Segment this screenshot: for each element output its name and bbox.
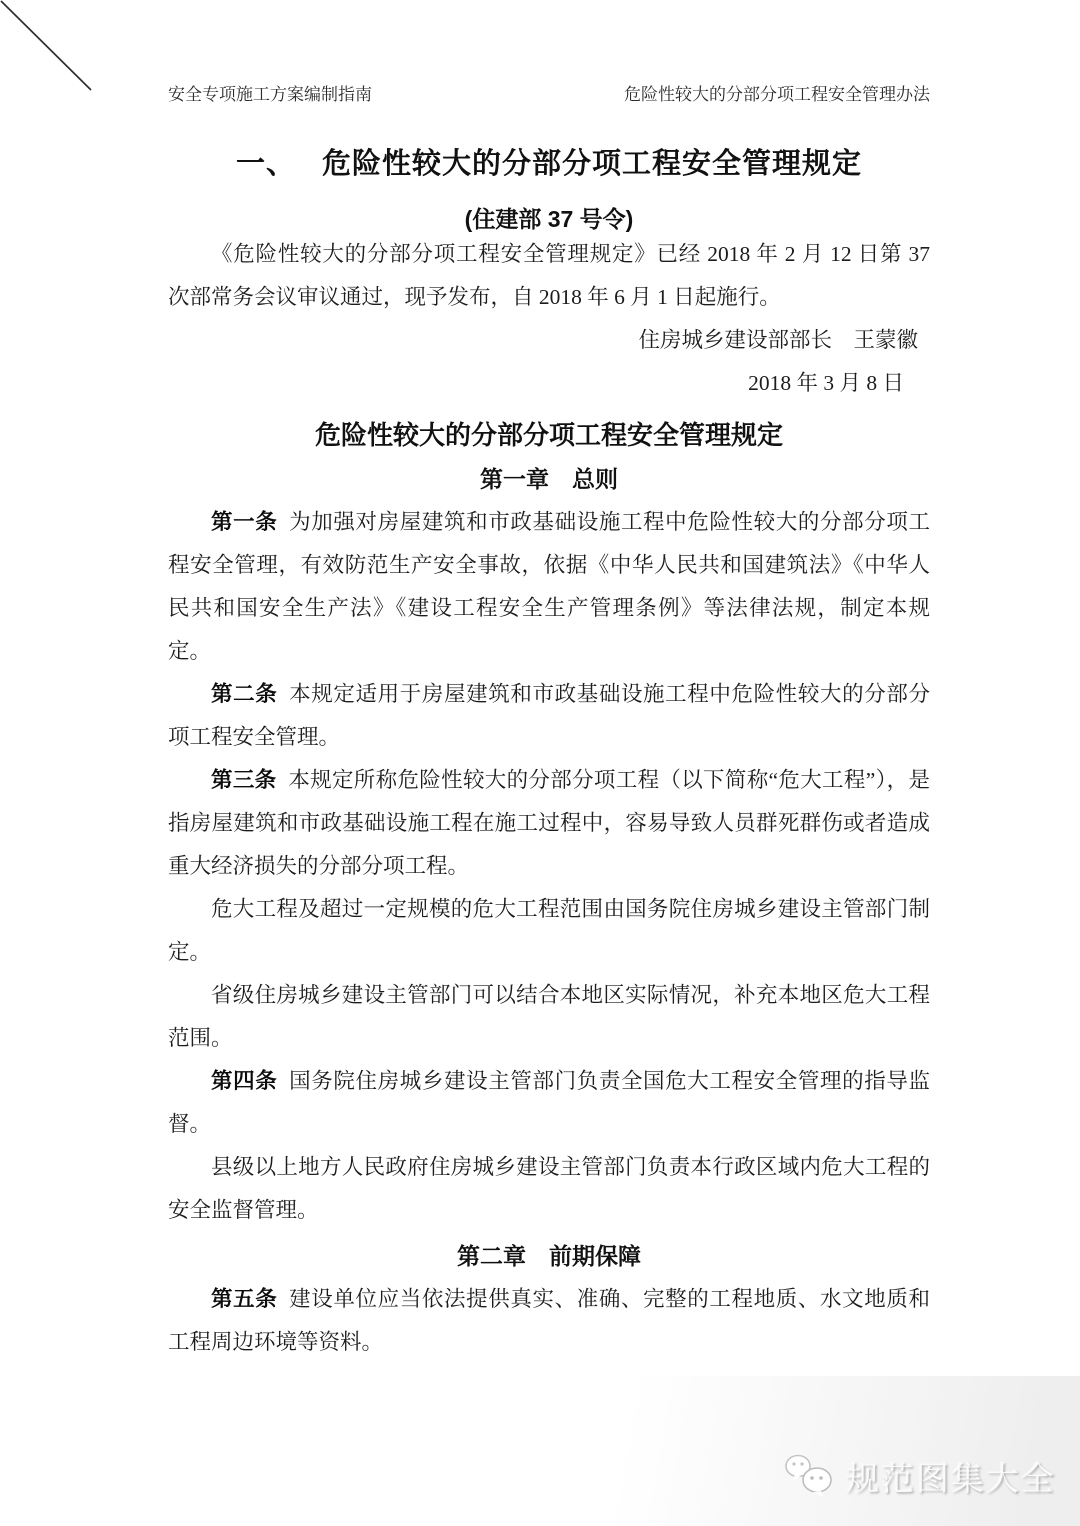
chapter-2-heading: 第二章 前期保障 [168, 1236, 930, 1276]
article-number: 第二条 [211, 682, 277, 706]
article-number: 第五条 [211, 1287, 277, 1311]
article-text: 县级以上地方人民政府住房城乡建设主管部门负责本行政区域内危大工程的安全监督管理。 [168, 1155, 930, 1222]
document-body: 一、危险性较大的分部分项工程安全管理规定 (住建部 37 号令) 《危险性较大的… [168, 147, 930, 1364]
page-header: 安全专项施工方案编制指南 危险性较大的分部分项工程安全管理办法 [0, 0, 1080, 105]
article-number: 第三条 [211, 768, 277, 792]
signature-line: 住房城乡建设部部长 王蒙徽 [168, 319, 930, 362]
date-line: 2018 年 3 月 8 日 [168, 362, 930, 405]
wechat-icon [783, 1452, 837, 1500]
page-header-right: 危险性较大的分部分项工程安全管理办法 [624, 80, 930, 105]
article-paragraph: 县级以上地方人民政府住房城乡建设主管部门负责本行政区域内危大工程的安全监督管理。 [168, 1146, 930, 1232]
article-paragraph: 第一条为加强对房屋建筑和市政基础设施工程中危险性较大的分部分项工程安全管理，有效… [168, 501, 930, 673]
article-paragraph: 省级住房城乡建设主管部门可以结合本地区实际情况，补充本地区危大工程范围。 [168, 974, 930, 1060]
watermark-text: 规范图集大全 [846, 1453, 1056, 1500]
article-text: 本规定适用于房屋建筑和市政基础设施工程中危险性较大的分部分项工程安全管理。 [168, 682, 930, 749]
corner-shade [580, 1376, 1080, 1526]
preamble-paragraph: 《危险性较大的分部分项工程安全管理规定》已经 2018 年 2 月 12 日第 … [168, 233, 930, 319]
article-number: 第一条 [211, 510, 277, 534]
document-title: 一、危险性较大的分部分项工程安全管理规定 [168, 147, 930, 181]
chapter-1-heading: 第一章 总则 [168, 459, 930, 499]
article-paragraph: 第五条建设单位应当依法提供真实、准确、完整的工程地质、水文地质和工程周边环境等资… [168, 1278, 930, 1364]
page-header-left: 安全专项施工方案编制指南 [168, 80, 372, 105]
document-page: 安全专项施工方案编制指南 危险性较大的分部分项工程安全管理办法 一、危险性较大的… [0, 0, 1080, 1526]
corner-diagonal-line [0, 0, 100, 100]
article-text: 省级住房城乡建设主管部门可以结合本地区实际情况，补充本地区危大工程范围。 [168, 983, 930, 1050]
article-paragraph: 第三条本规定所称危险性较大的分部分项工程（以下简称“危大工程”），是指房屋建筑和… [168, 759, 930, 888]
article-text: 建设单位应当依法提供真实、准确、完整的工程地质、水文地质和工程周边环境等资料。 [168, 1287, 930, 1354]
document-subtitle: (住建部 37 号令) [168, 205, 930, 233]
article-paragraph: 第四条国务院住房城乡建设主管部门负责全国危大工程安全管理的指导监督。 [168, 1060, 930, 1146]
document-title-number: 一、 [236, 148, 296, 180]
article-paragraph: 第二条本规定适用于房屋建筑和市政基础设施工程中危险性较大的分部分项工程安全管理。 [168, 673, 930, 759]
regulation-title: 危险性较大的分部分项工程安全管理规定 [168, 415, 930, 455]
article-text: 危大工程及超过一定规模的危大工程范围由国务院住房城乡建设主管部门制定。 [168, 897, 930, 964]
article-paragraph: 危大工程及超过一定规模的危大工程范围由国务院住房城乡建设主管部门制定。 [168, 888, 930, 974]
document-title-text: 危险性较大的分部分项工程安全管理规定 [322, 148, 862, 180]
article-text: 本规定所称危险性较大的分部分项工程（以下简称“危大工程”），是指房屋建筑和市政基… [168, 768, 930, 878]
article-text: 为加强对房屋建筑和市政基础设施工程中危险性较大的分部分项工程安全管理，有效防范生… [168, 510, 930, 663]
article-text: 国务院住房城乡建设主管部门负责全国危大工程安全管理的指导监督。 [168, 1069, 930, 1136]
watermark: 规范图集大全 [783, 1452, 1056, 1500]
article-number: 第四条 [211, 1069, 277, 1093]
